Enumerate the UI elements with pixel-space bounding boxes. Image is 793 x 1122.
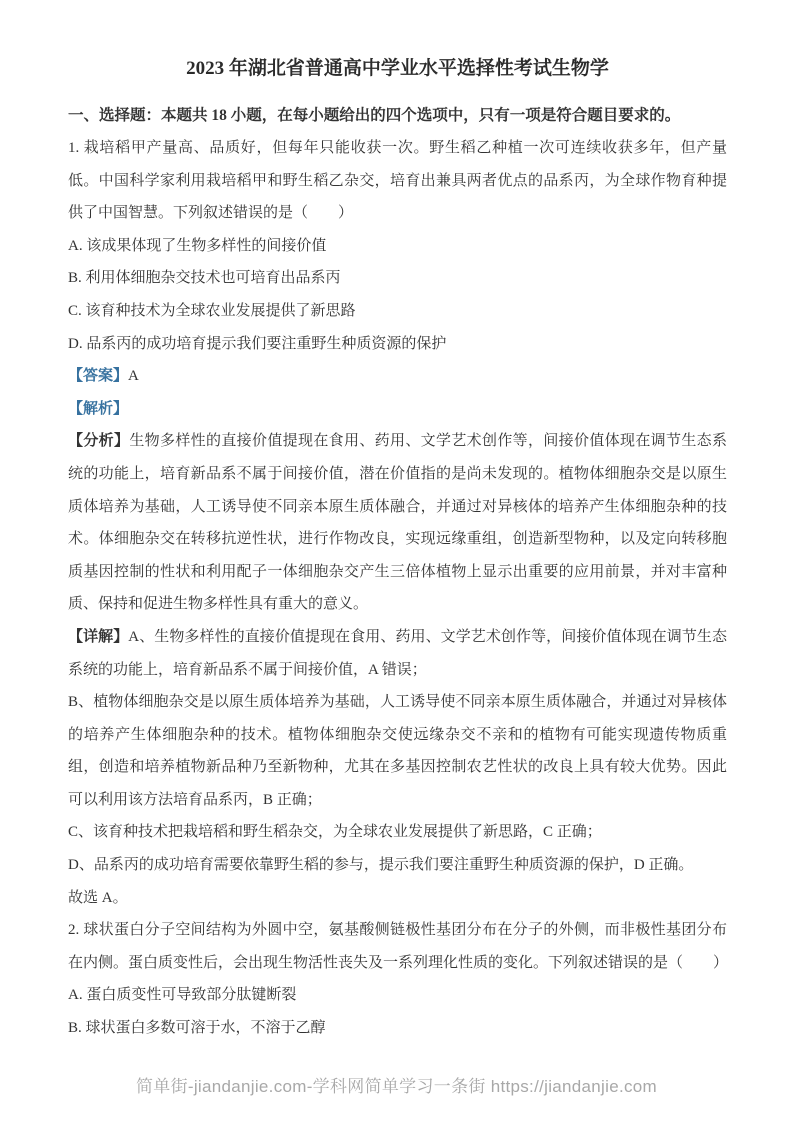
- exam-document-page: 2023 年湖北省普通高中学业水平选择性考试生物学 一、选择题：本题共 18 小…: [0, 0, 793, 1122]
- question-1-detail-c: C、该育种技术把栽培稻和野生稻杂交，为全球农业发展提供了新思路，C 正确；: [68, 816, 727, 849]
- question-1-detail-b: B、植物体细胞杂交是以原生质体培养为基础，人工诱导使不同亲本原生质体融合，并通过…: [68, 686, 727, 816]
- document-content: 2023 年湖北省普通高中学业水平选择性考试生物学 一、选择题：本题共 18 小…: [68, 54, 727, 1045]
- question-2-option-b: B. 球状蛋白多数可溶于水，不溶于乙醇: [68, 1012, 727, 1045]
- page-title: 2023 年湖北省普通高中学业水平选择性考试生物学: [68, 54, 727, 84]
- answer-label: 【答案】: [68, 368, 128, 384]
- question-1-detail-d: D、品系丙的成功培育需要依靠野生稻的参与，提示我们要注重野生种质资源的保护，D …: [68, 849, 727, 882]
- question-2-stem: 2. 球状蛋白分子空间结构为外圆中空，氨基酸侧链极性基团分布在分子的外侧，而非极…: [68, 914, 727, 979]
- analysis-text: 生物多样性的直接价值提现在食用、药用、文学艺术创作等，间接价值体现在调节生态系统…: [68, 433, 727, 612]
- question-1-conclusion: 故选 A。: [68, 882, 727, 915]
- section-header: 一、选择题：本题共 18 小题，在每小题给出的四个选项中，只有一项是符合题目要求…: [68, 99, 727, 132]
- question-1-option-b: B. 利用体细胞杂交技术也可培育出品系丙: [68, 262, 727, 295]
- question-1-option-d: D. 品系丙的成功培育提示我们要注重野生种质资源的保护: [68, 328, 727, 361]
- question-2-option-a: A. 蛋白质变性可导致部分肽键断裂: [68, 979, 727, 1012]
- question-1-answer-line: 【答案】A: [68, 360, 727, 393]
- question-1-option-a: A. 该成果体现了生物多样性的间接价值: [68, 230, 727, 263]
- answer-value: A: [128, 368, 139, 384]
- watermark-footer: 简单街-jiandanjie.com-学科网简单学习一条街 https://ji…: [0, 1072, 793, 1097]
- question-1-detail-a: 【详解】A、生物多样性的直接价值提现在食用、药用、文学艺术创作等，间接价值体现在…: [68, 621, 727, 686]
- question-1-explain-line: 【解析】: [68, 393, 727, 426]
- question-1-stem: 1. 栽培稻甲产量高、品质好，但每年只能收获一次。野生稻乙种植一次可连续收获多年…: [68, 132, 727, 230]
- analysis-label: 【分析】: [68, 433, 129, 449]
- detail-text-a: A、生物多样性的直接价值提现在食用、药用、文学艺术创作等，间接价值体现在调节生态…: [68, 629, 727, 678]
- detail-label: 【详解】: [68, 629, 128, 645]
- question-1-analysis: 【分析】生物多样性的直接价值提现在食用、药用、文学艺术创作等，间接价值体现在调节…: [68, 425, 727, 621]
- question-1-option-c: C. 该育种技术为全球农业发展提供了新思路: [68, 295, 727, 328]
- explain-label: 【解析】: [68, 401, 128, 417]
